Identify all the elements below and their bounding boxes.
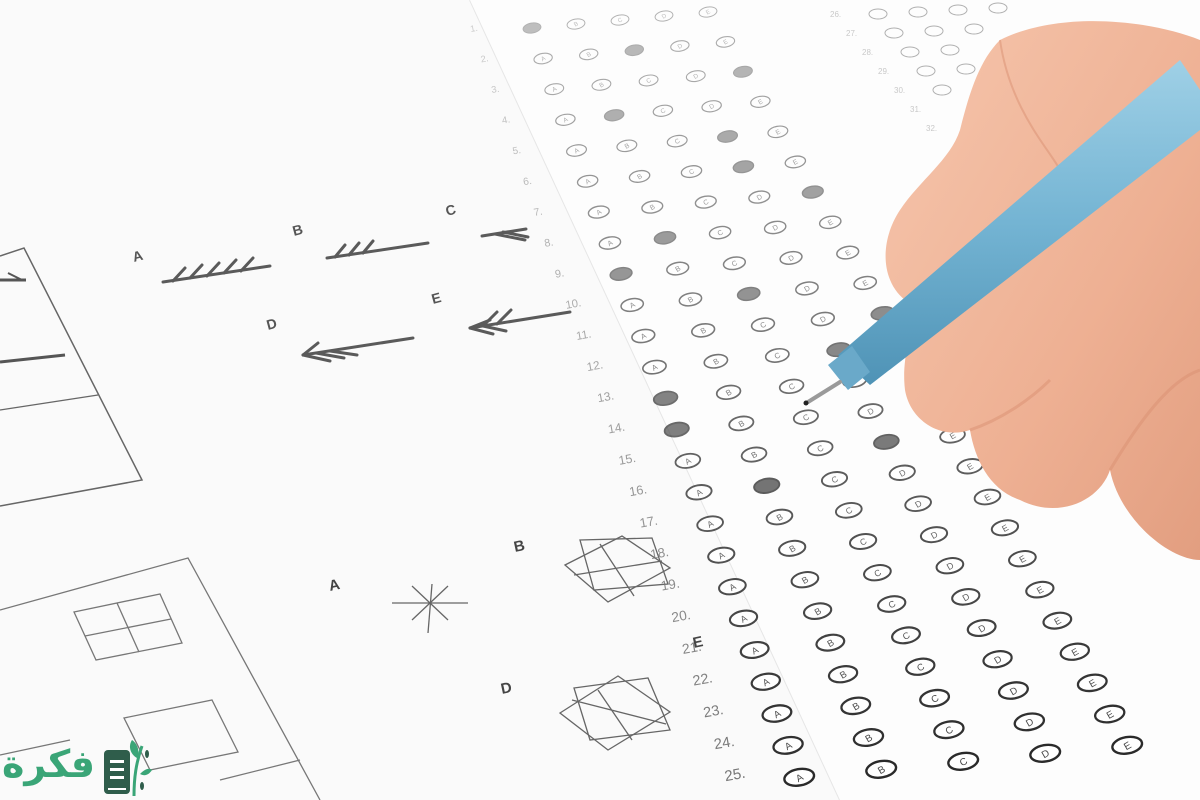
answer-bubble[interactable] [965, 24, 983, 34]
site-logo[interactable]: فكرة [0, 738, 160, 800]
answer-row[interactable]: 32. [926, 124, 937, 133]
question-number: 28. [862, 48, 873, 57]
answer-bubble[interactable] [925, 26, 943, 36]
question-number: 19. [660, 576, 681, 594]
answer-row[interactable]: 31. [910, 105, 921, 114]
question-number: 22. [692, 670, 714, 689]
question-number: 31. [910, 105, 921, 114]
question-number: 15. [617, 451, 637, 468]
logo-text: فكرة [2, 742, 95, 786]
answer-bubble[interactable] [949, 5, 967, 15]
question-number: 17. [638, 513, 658, 531]
question-number: 26. [830, 10, 841, 19]
photo-scene: A B C D E A [0, 0, 1200, 800]
question-number: 29. [878, 67, 889, 76]
question-number: 16. [628, 481, 648, 499]
question-number: 25. [723, 765, 746, 785]
answer-bubble[interactable] [909, 7, 927, 17]
question-number: 13. [596, 389, 615, 406]
answer-bubble[interactable] [885, 28, 903, 38]
photo-artwork: A B C D E A [0, 0, 1200, 800]
answer-bubble[interactable] [917, 66, 935, 76]
question-number: 30. [894, 86, 905, 95]
question-number: 27. [846, 29, 857, 38]
answer-bubble[interactable] [957, 64, 975, 74]
question-number: 18. [649, 544, 670, 562]
book-plant-icon [102, 738, 152, 798]
answer-bubble[interactable] [941, 45, 959, 55]
question-number: 12. [586, 357, 605, 374]
answer-bubble[interactable] [933, 85, 951, 95]
question-number: 21. [681, 638, 703, 657]
question-number: 32. [926, 124, 937, 133]
answer-bubble[interactable] [901, 47, 919, 57]
answer-bubble[interactable] [989, 3, 1007, 13]
answer-bubble[interactable] [869, 9, 887, 19]
question-number: 14. [607, 420, 626, 437]
